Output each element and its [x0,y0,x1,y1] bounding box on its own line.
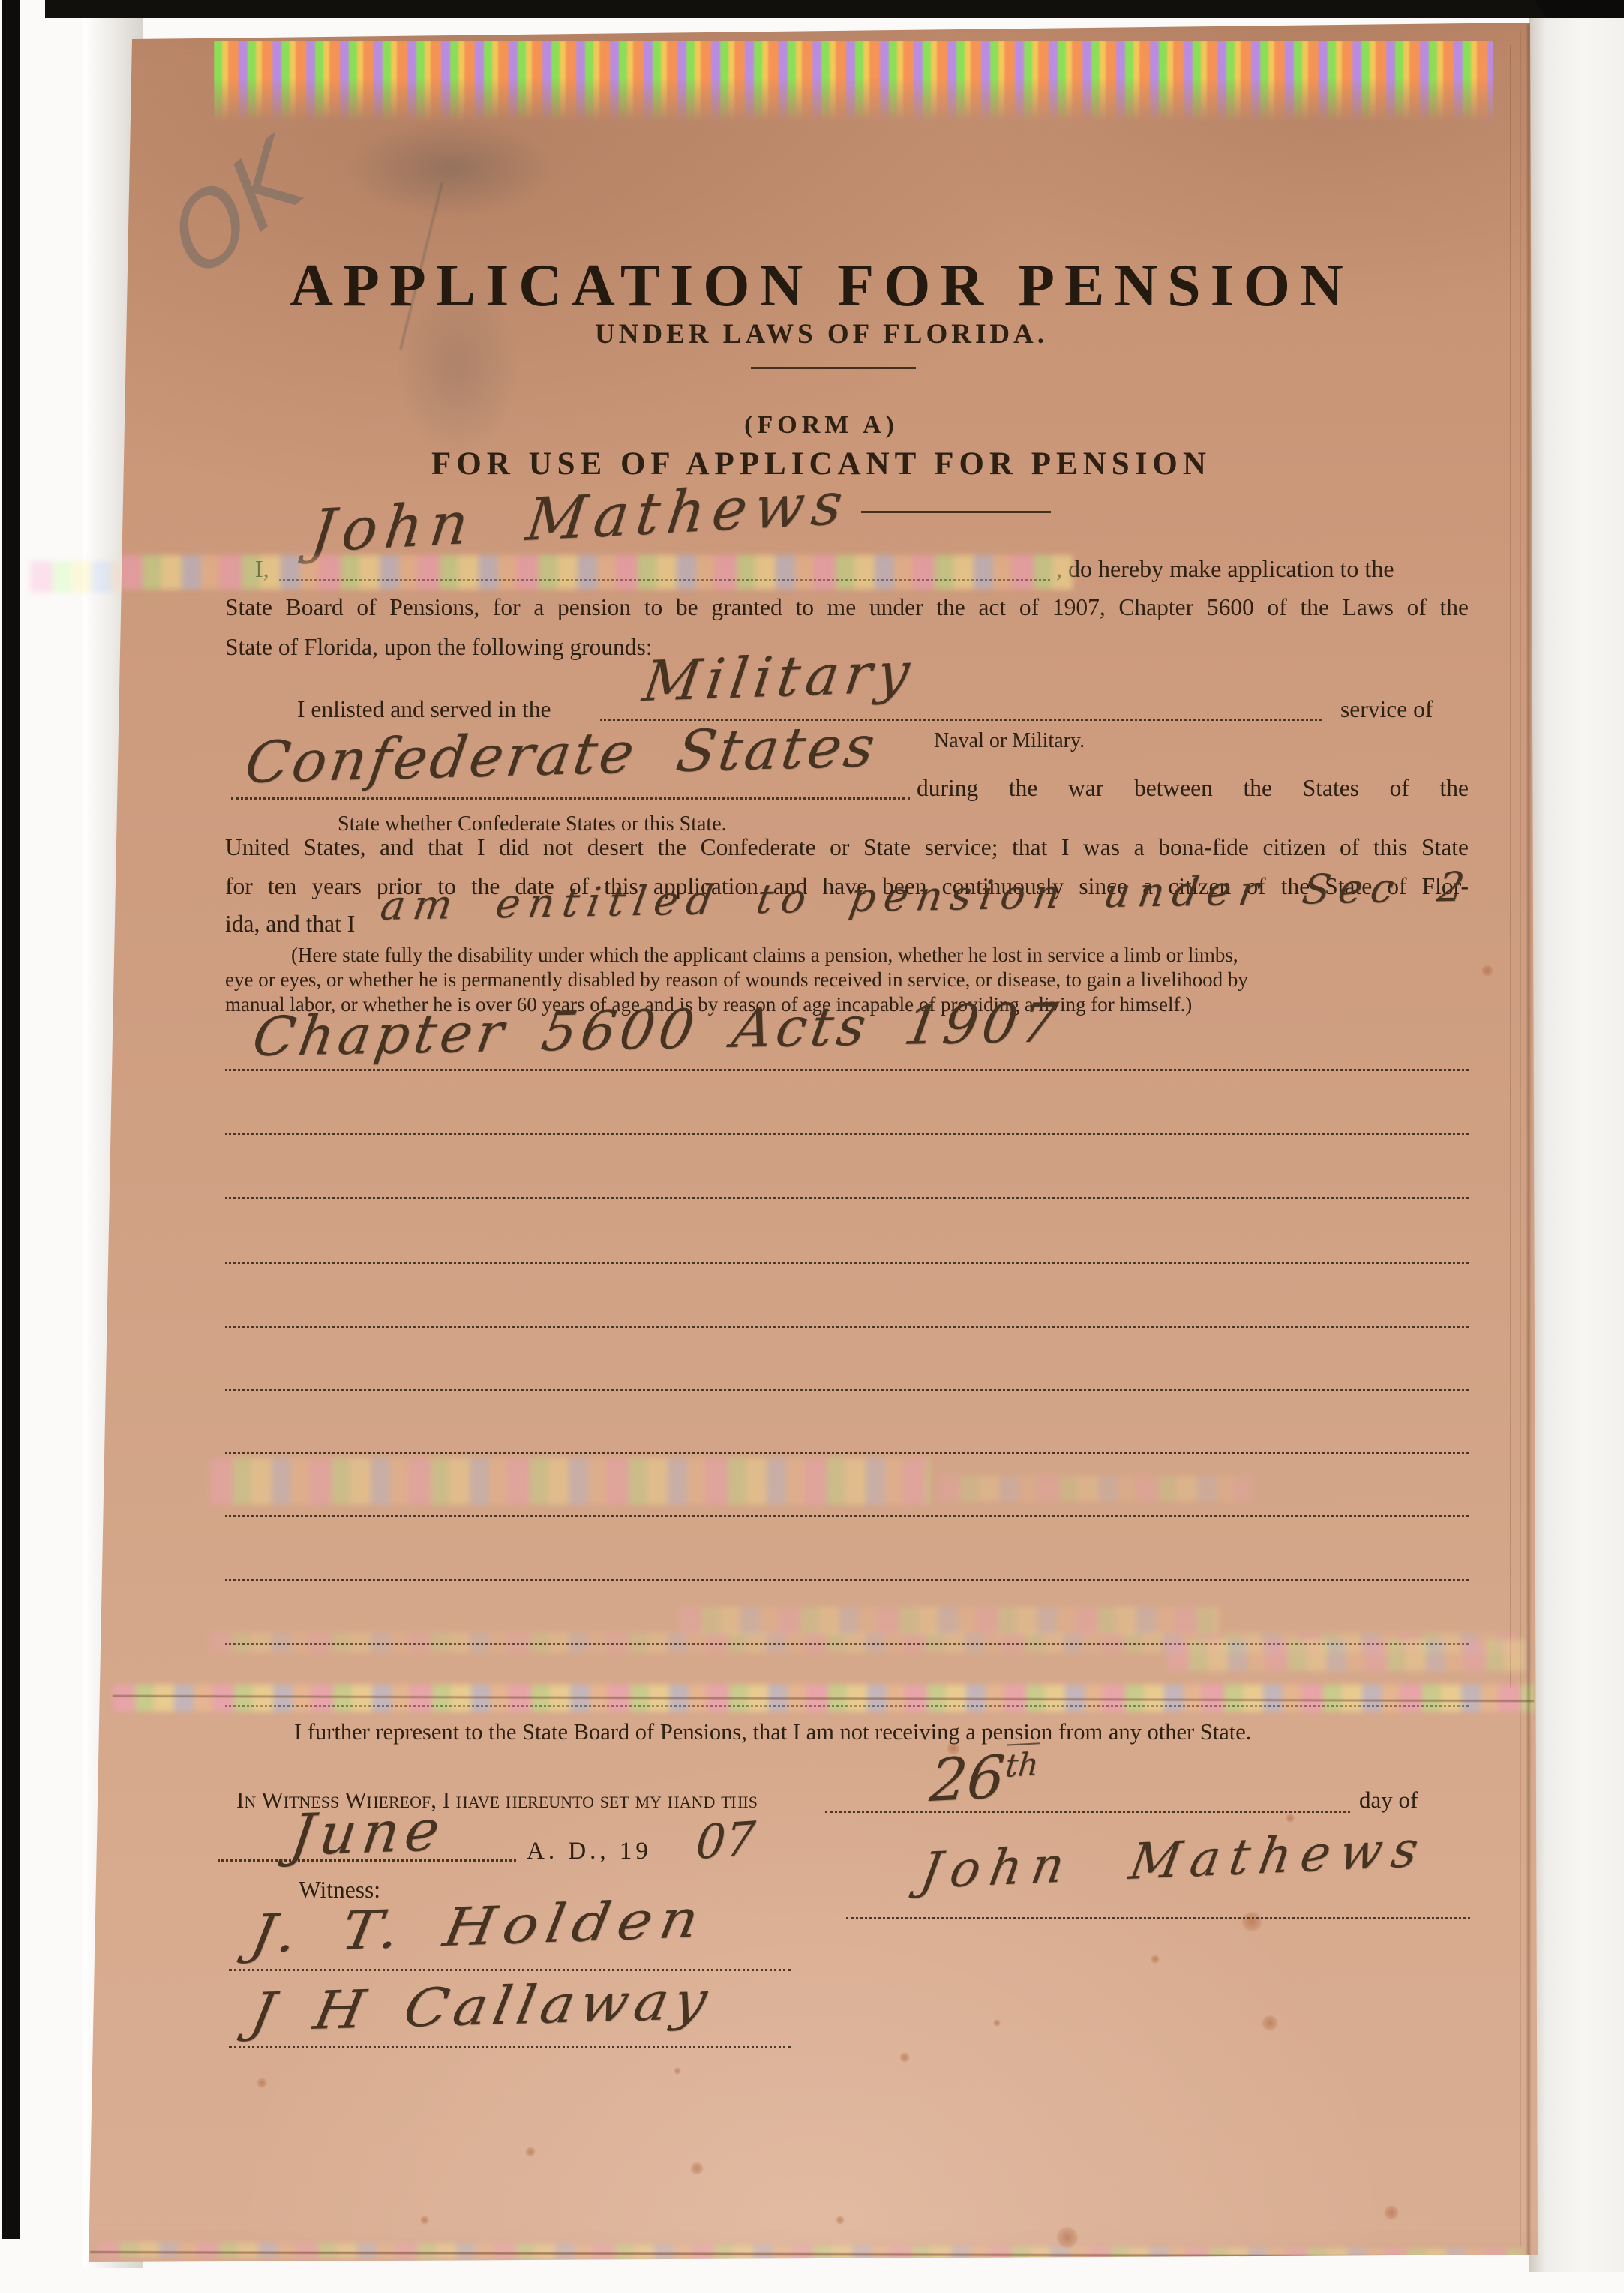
stain-spot [836,2216,845,2225]
paper-edge-shadow-right [1527,24,1530,2255]
scanner-edge-top [45,0,1624,18]
scanner-edge-left [2,0,20,2239]
witness2-line [229,2046,791,2048]
service-branch-handwritten: Military [639,640,920,714]
stain-spot [674,2067,681,2075]
stain-spot [899,2052,910,2063]
year-handwritten: 07 [694,1811,757,1870]
witness2-signature-handwritten: J H Callaway [245,1970,717,2044]
ruled-line [225,1643,1469,1645]
stain-spot [420,2216,429,2225]
paper-edge-shadow-bottom [90,2251,1536,2258]
glare-streak [210,1458,930,1505]
ad-year-printed: A. D., 19 [527,1838,652,1865]
service-suffix: service of [1340,696,1433,723]
declaration-line1: United States, and that I did not desert… [225,834,1469,861]
page-subtitle: UNDER LAWS OF FLORIDA. [113,318,1530,350]
ruled-line [225,1197,1469,1199]
ruled-line [225,1262,1469,1264]
state-field-line [231,797,910,800]
day-ordinal: th [1004,1742,1040,1784]
service-caption: Naval or Military. [934,729,1085,753]
ruled-line [225,1452,1469,1454]
page-title: APPLICATION FOR PENSION [113,252,1530,320]
further-statement: I further represent to the State Board o… [294,1719,1251,1745]
pencil-smudge [315,105,585,233]
stain-spot [947,1742,960,1755]
ruled-line [225,1389,1469,1391]
state-service-handwritten: Confederate States [241,713,881,796]
stain-spot [1481,965,1493,977]
day-handwritten: 26th [927,1742,1040,1815]
divider [861,511,1051,513]
stain-spot [1286,1814,1295,1823]
day-number: 26 [927,1744,1007,1816]
signature-line [846,1917,1470,1919]
glare-streak [679,1607,1219,1635]
state-caption: State whether Confederate States or this… [338,812,727,836]
scanned-document: OK APPLICATION FOR PENSION UNDER LAWS OF… [0,0,1624,2293]
service-prefix: I enlisted and served in the [297,696,551,723]
state-suffix: during the war between the States of the [917,775,1469,802]
day-field-line [825,1811,1350,1813]
opening-line3: State of Florida, upon the following gro… [225,634,653,661]
stain-spot [1384,2205,1399,2220]
opening-line2: State Board of Pensions, for a pension t… [225,594,1469,621]
stain-spot [1241,1911,1262,1932]
document-paper: OK APPLICATION FOR PENSION UNDER LAWS OF… [0,0,1624,2293]
stain-spot [257,2078,267,2088]
stain-spot [1056,2226,1079,2249]
disability-answer-handwritten: Chapter 5600 Acts 1907 [248,991,1065,1068]
month-handwritten: June [287,1796,450,1869]
plastic-sleeve-right [1529,18,1624,2272]
paper-crease [1520,30,1521,2246]
glare-streak [938,1476,1253,1502]
fold-crease-line [113,1695,1534,1703]
applicant-signature-handwritten: John Mathews [917,1820,1433,1900]
stain-spot [525,2147,536,2157]
stain-spot [993,2019,1001,2027]
stain-spot [1151,1955,1160,1964]
witness-clause-middle: day of [1359,1787,1418,1814]
ruled-line [225,1705,1469,1707]
ruled-line [225,1133,1469,1135]
opening-prefix: I, [255,555,269,583]
opening-suffix: , do hereby make application to the [1056,555,1394,583]
form-label: (FORM A) [113,411,1530,440]
ruled-line [225,1515,1469,1517]
declaration-line3-prefix: ida, and that I [225,911,355,938]
instruction-line1: (Here state fully the disability under w… [291,944,1238,967]
ruled-line [225,1326,1469,1328]
stain-spot [1262,2015,1278,2031]
stain-spot [690,2162,704,2175]
divider [751,367,916,369]
answer-line [225,1069,1469,1071]
ruled-line [225,1579,1469,1581]
name-field-line [279,579,1050,581]
instruction-line2: eye or eyes, or whether he is permanentl… [225,968,1248,992]
paper-crease [1510,45,1511,1688]
